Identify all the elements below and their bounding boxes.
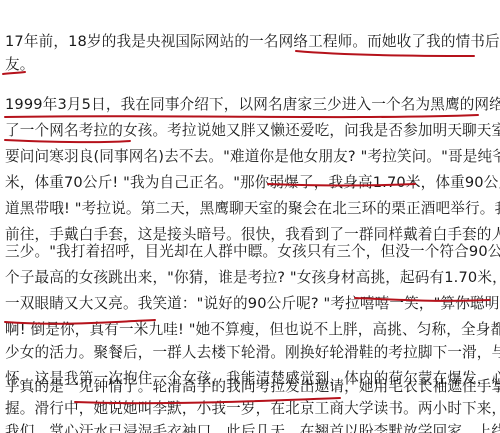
underline-3 [5,115,478,117]
paragraph-line: 前往，手戴白手套，这是接头暗号。很快，我看到了一群同样戴着白手套的人。"我是唐家 [5,226,500,244]
paragraph-line: 要问问寒羽良(同事网名)去不去。"难道你是他女朋友? "考拉笑问。"哥是纯爷们。… [5,148,500,166]
paragraph-line: 了一个网名考拉的女孩。考拉说她又胖又懒还爱吃，问我是否参加明天聊天室的聚会。我说 [5,122,500,140]
paragraph-line: 握。滑行中，她说她叫李默，小我一岁，在北京工商大学读书。两小时下来，从未松过手的 [5,400,500,418]
paragraph-line: 米，体重70公斤! "我为自己正名。"那你弱爆了，我身高1.70米，体重90公斤… [5,174,500,192]
paragraph-line: 三少。"我打着招呼，目光却在人群中瞟。女孩只有三个，但没一个符合90公斤级标准的… [5,243,500,261]
cut-off-line: ···· ···· ·· ··· [5,0,68,8]
paragraph-line: 乎真的是一见钟情了。轮滑高手的我向考拉发出邀请，她用毛衣长袖遮住手掌肌肤后与我相 [5,378,500,396]
paragraph-line: 个子最高的女孩跳出来，"你猜，谁是考拉? "女孩身材高挑，起码有1.70米，短发… [5,269,500,287]
paragraph-line: 少女的活力。聚餐后，一群人去楼下轮滑。刚换好轮滑鞋的考拉脚下一滑，与我撞了个满 [5,344,500,362]
paragraph-line: 一双眼睛又大又亮。我笑道："说好的90公斤呢? "考拉嘻嘻一笑，"算你聪明，我确… [5,295,500,313]
paragraph-line: 1999年3月5日，我在同事介绍下，以网名唐家三少进入一个名为黑鹰的网络聊天室，… [5,96,500,114]
paragraph-line: 17年前，18岁的我是央视国际网站的一名网络工程师。而她收了我的情书后成为了我的… [5,33,500,51]
paragraph-line: 道黑带哦! "考拉说。第二天，黑鹰聊天室的聚会在北三环的栗正酒吧举行。我和同事一… [5,200,500,218]
paragraph-line: 啊! 倒是你，真有一米九哇! "她不算瘦，但也说不上胖，高挑、匀称，全身都洋溢着… [5,321,500,339]
underline-1 [296,51,474,56]
underline-4 [5,140,130,142]
paragraph-line: 友。 [5,56,35,74]
paragraph-line: 我们，掌心汗水已浸湿毛衣袖口。此后几天，在翘首以盼李默放学回家、上线聊天过程中， [5,423,500,433]
